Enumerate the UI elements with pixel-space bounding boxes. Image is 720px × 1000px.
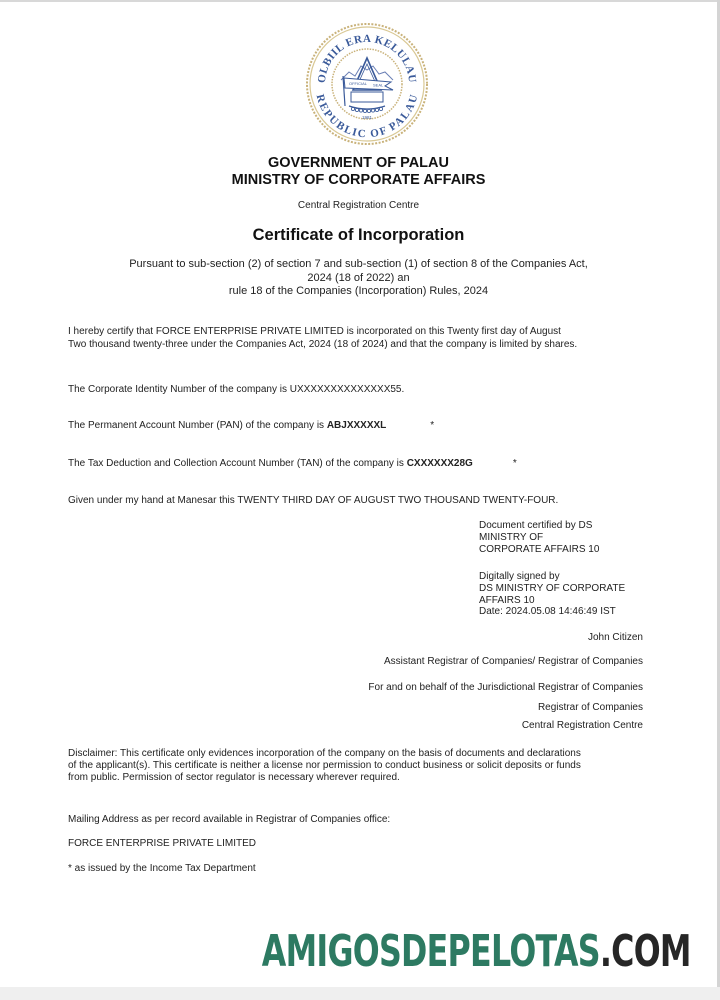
- tan-statement: The Tax Deduction and Collection Account…: [68, 458, 517, 471]
- pan-asterisk: *: [430, 420, 434, 433]
- svg-text:1981: 1981: [362, 115, 373, 120]
- certified-by-block: Document certified by DS MINISTRY OF COR…: [479, 520, 599, 555]
- certificate-page: OLBIIL ERA KELULAU REPUBLIC OF PALAU OFF…: [0, 0, 717, 987]
- tan-asterisk: *: [513, 458, 517, 471]
- bottom-strip: [0, 987, 720, 1000]
- government-heading: GOVERNMENT OF PALAU MINISTRY OF CORPORAT…: [0, 155, 717, 189]
- pursuant-line-2: 2024 (18 of 2022) an: [0, 272, 717, 286]
- heading-line-2: MINISTRY OF CORPORATE AFFAIRS: [0, 172, 717, 189]
- digital-line-2: DS MINISTRY OF CORPORATE: [479, 583, 625, 595]
- digital-signature-block: Digitally signed by DS MINISTRY OF CORPO…: [479, 571, 625, 618]
- digital-line-3: AFFAIRS 10: [479, 595, 625, 607]
- mailing-address-label: Mailing Address as per record available …: [68, 814, 390, 827]
- disclaimer: Disclaimer: This certificate only eviden…: [68, 748, 653, 783]
- watermark-suffix: .COM: [600, 926, 691, 977]
- heading-line-1: GOVERNMENT OF PALAU: [0, 155, 717, 172]
- cin-statement: The Corporate Identity Number of the com…: [68, 384, 404, 397]
- registrar-label: Registrar of Companies: [538, 702, 643, 713]
- signatory-name: John Citizen: [588, 632, 643, 643]
- signatory-role: Assistant Registrar of Companies/ Regist…: [384, 656, 643, 667]
- signature-date: Date: 2024.05.08 14:46:49 IST: [479, 606, 625, 618]
- watermark: AMIGOSDEPELOTAS.COM: [262, 922, 691, 982]
- watermark-main: AMIGOSDEPELOTAS: [262, 926, 600, 977]
- pursuant-line-1: Pursuant to sub-section (2) of section 7…: [0, 258, 717, 272]
- certify-line-2: Two thousand twenty-three under the Comp…: [68, 339, 648, 352]
- svg-text:SEAL: SEAL: [373, 83, 384, 88]
- tan-value: CXXXXXX28G: [407, 458, 473, 469]
- pan-statement: The Permanent Account Number (PAN) of th…: [68, 420, 434, 433]
- behalf-statement: For and on behalf of the Jurisdictional …: [368, 682, 643, 693]
- mailing-company-name: FORCE ENTERPRISE PRIVATE LIMITED: [68, 838, 256, 851]
- digital-line-1: Digitally signed by: [479, 571, 625, 583]
- certify-line-1: I hereby certify that FORCE ENTERPRISE P…: [68, 326, 648, 339]
- palau-seal-icon: OLBIIL ERA KELULAU REPUBLIC OF PALAU OFF…: [305, 22, 429, 146]
- pan-value: ABJXXXXXL: [327, 420, 386, 431]
- pan-label: The Permanent Account Number (PAN) of th…: [68, 420, 327, 431]
- footnote: * as issued by the Income Tax Department: [68, 863, 256, 876]
- office-name: Central Registration Centre: [0, 200, 717, 211]
- disclaimer-line-1: Disclaimer: This certificate only eviden…: [68, 748, 653, 760]
- tan-label: The Tax Deduction and Collection Account…: [68, 458, 407, 469]
- svg-text:OFFICIAL: OFFICIAL: [349, 81, 368, 86]
- centre-label: Central Registration Centre: [522, 720, 643, 731]
- cert-line-3: CORPORATE AFFAIRS 10: [479, 544, 599, 556]
- disclaimer-line-2: of the applicant(s). This certificate is…: [68, 760, 653, 772]
- cert-line-1: Document certified by DS: [479, 520, 599, 532]
- certification-statement: I hereby certify that FORCE ENTERPRISE P…: [68, 326, 648, 351]
- pursuant-text: Pursuant to sub-section (2) of section 7…: [0, 258, 717, 299]
- disclaimer-line-3: from public. Permission of sector regula…: [68, 772, 653, 784]
- certificate-title: Certificate of Incorporation: [0, 226, 717, 245]
- pursuant-line-3: rule 18 of the Companies (Incorporation)…: [0, 285, 717, 299]
- cert-line-2: MINISTRY OF: [479, 532, 599, 544]
- given-statement: Given under my hand at Manesar this TWEN…: [68, 495, 558, 508]
